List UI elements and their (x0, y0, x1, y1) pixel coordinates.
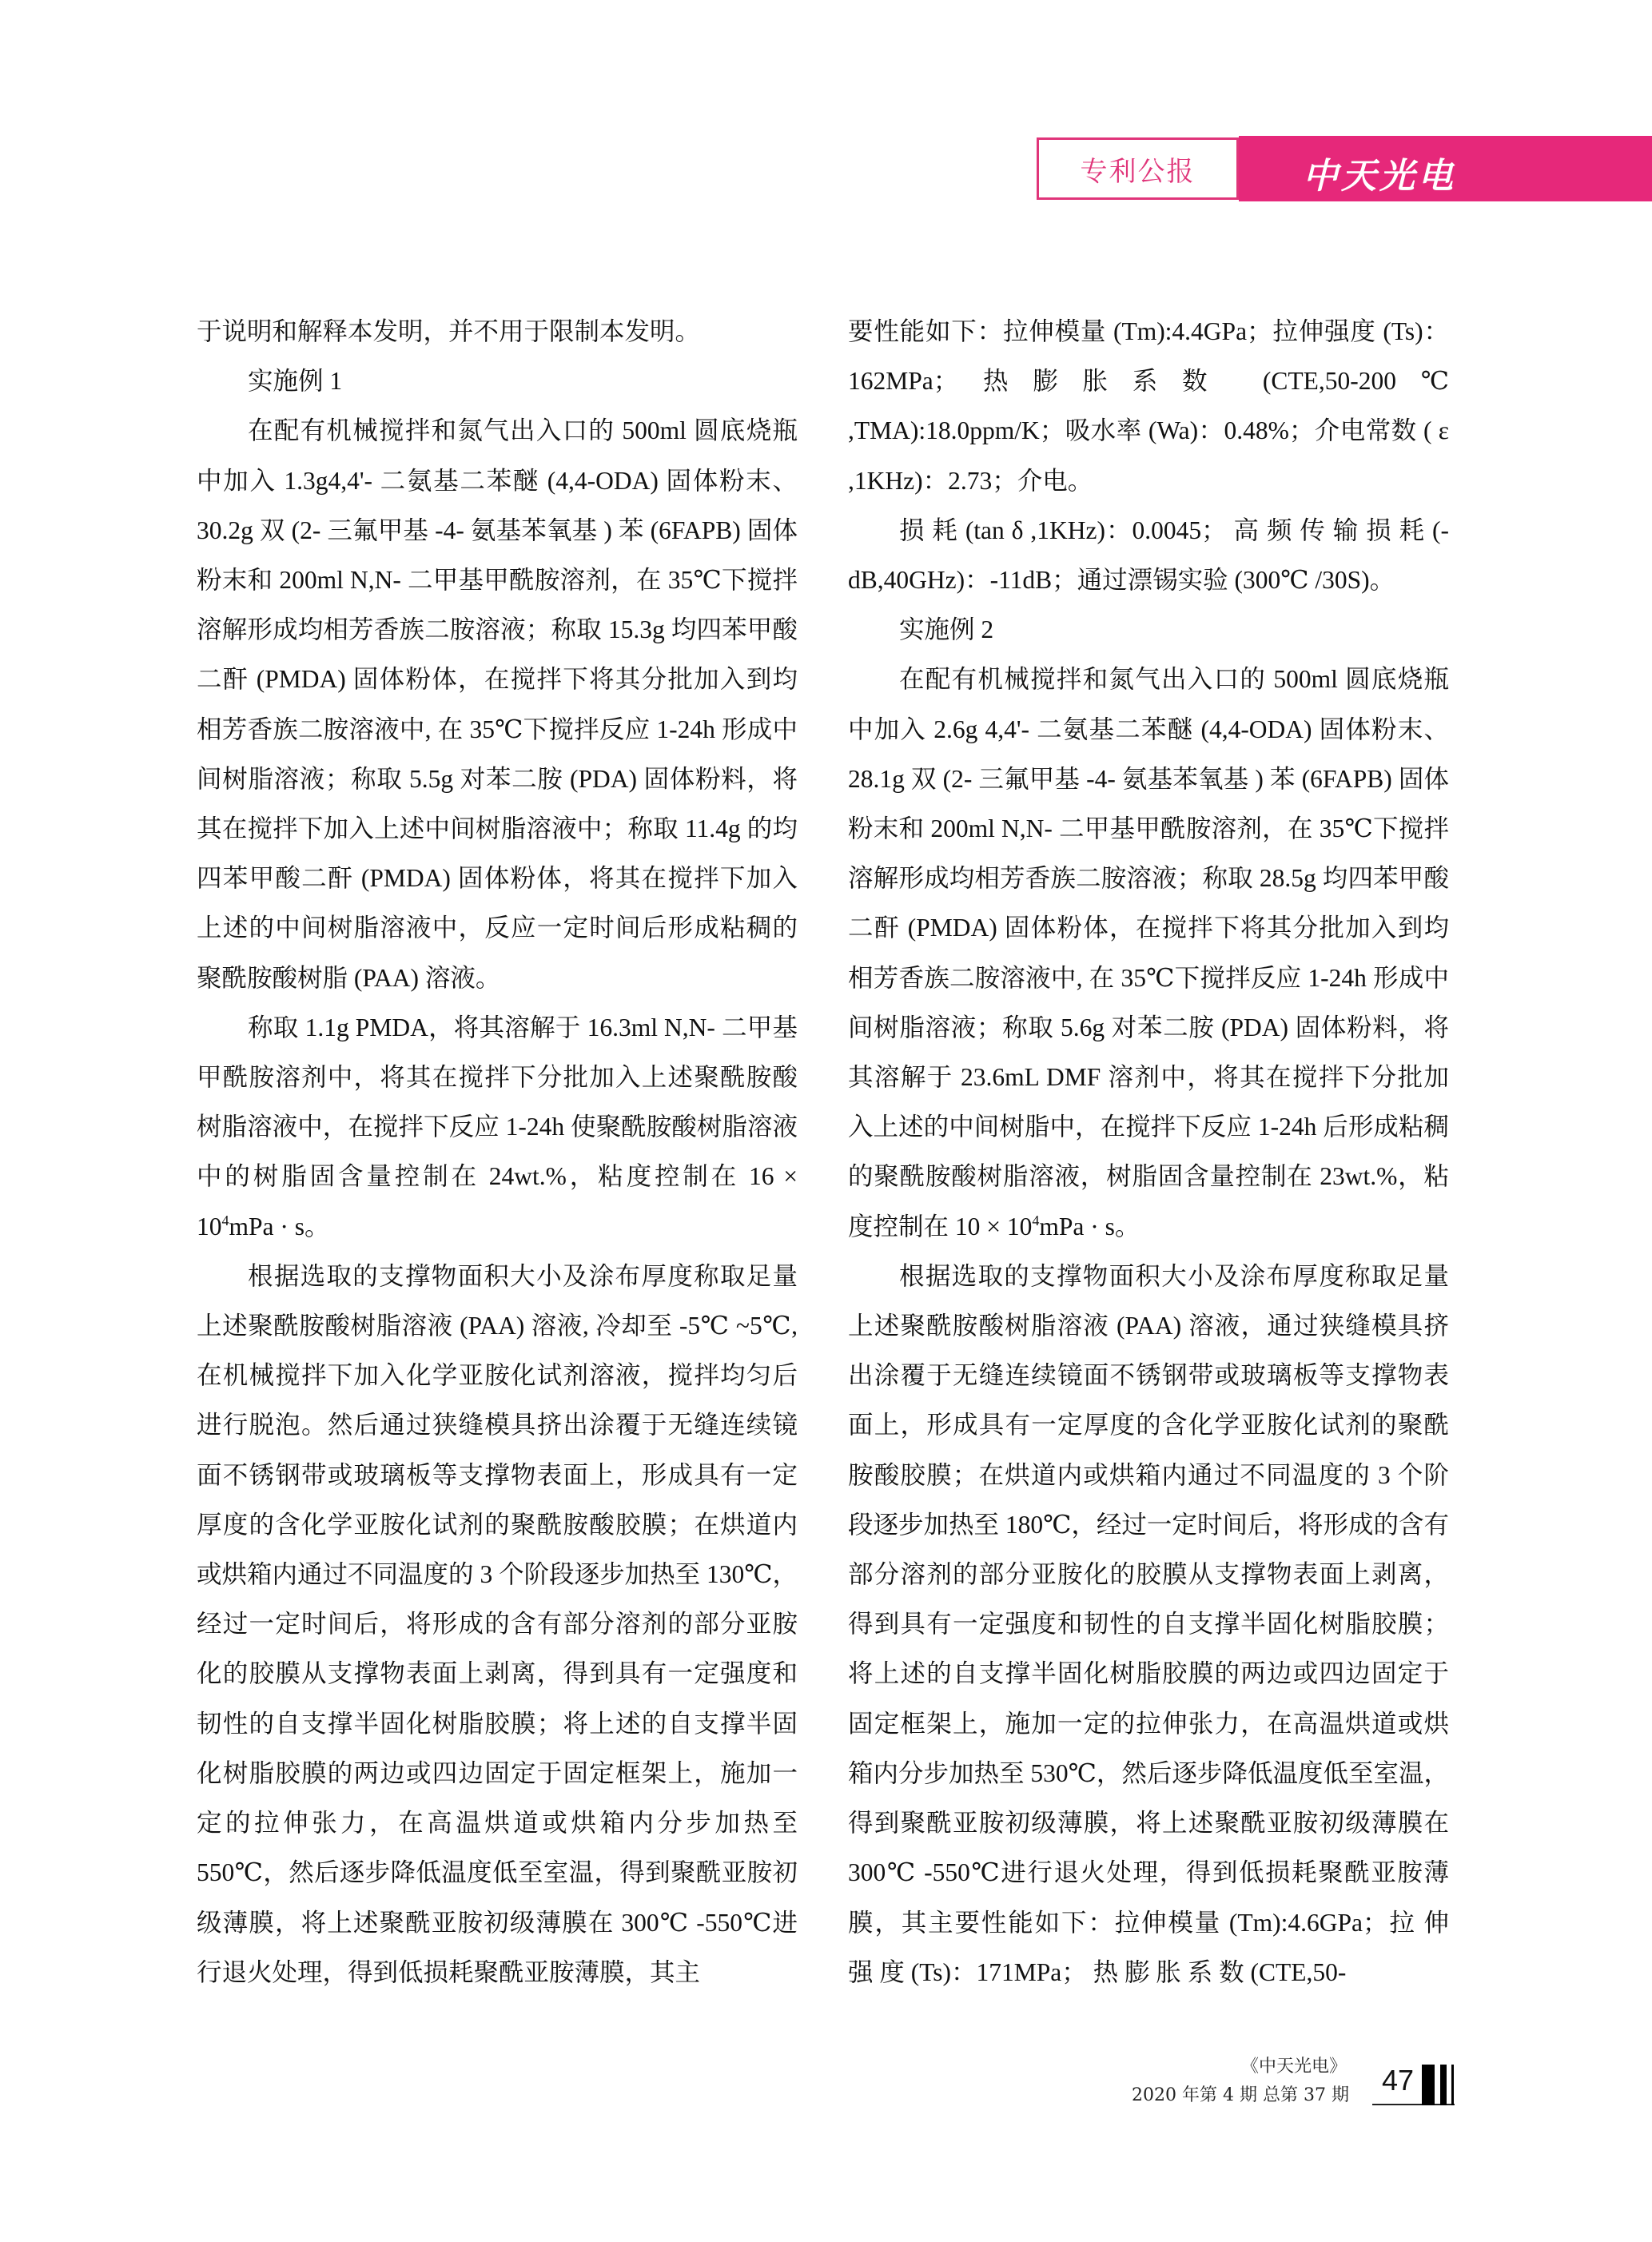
example-2-heading: 实施例 2 (848, 605, 1449, 655)
decorative-bar-icon (1440, 2065, 1447, 2105)
section-label-box: 专利公报 (1037, 137, 1239, 200)
footer-issue-info: 2020 年第 4 期 总第 37 期 (1132, 2081, 1349, 2106)
decorative-bar-icon (1422, 2065, 1435, 2105)
text: 称取 1.1g PMDA，将其溶解于 16.3ml N,N- 二甲基甲酰胺溶剂中… (197, 1013, 798, 1240)
text: mPa · s。 (1039, 1213, 1140, 1240)
right-column: 要性能如下：拉伸模量 (Tm):4.4GPa；拉伸强度 (Ts)：162MPa；… (848, 307, 1449, 1997)
decorative-bar-icon (1451, 2065, 1454, 2105)
paragraph: 损 耗 (tan δ ,1KHz)：0.0045； 高 频 传 输 损 耗 (-… (848, 506, 1449, 605)
paragraph-continuation: 要性能如下：拉伸模量 (Tm):4.4GPa；拉伸强度 (Ts)：162MPa；… (848, 307, 1449, 506)
paragraph: 根据选取的支撑物面积大小及涂布厚度称取足量上述聚酰胺酸树脂溶液 (PAA) 溶液… (848, 1252, 1449, 1997)
superscript: 4 (222, 1213, 229, 1229)
section-label: 专利公报 (1081, 149, 1196, 189)
paragraph-viscosity: 称取 1.1g PMDA，将其溶解于 16.3ml N,N- 二甲基甲酰胺溶剂中… (197, 1003, 798, 1252)
example-1-heading: 实施例 1 (197, 356, 798, 406)
journal-logo-banner: 中天光电 (1239, 136, 1652, 201)
paragraph-continuation: 于说明和解释本发明，并不用于限制本发明。 (197, 307, 798, 356)
text: mPa · s。 (229, 1213, 330, 1240)
text: 在配有机械搅拌和氮气出入口的 500ml 圆底烧瓶中加入 2.6g 4,4'- … (848, 665, 1449, 1240)
journal-logo: 中天光电 (1303, 147, 1456, 198)
left-column: 于说明和解释本发明，并不用于限制本发明。 实施例 1 在配有机械搅拌和氮气出入口… (197, 307, 798, 1997)
paragraph-viscosity: 在配有机械搅拌和氮气出入口的 500ml 圆底烧瓶中加入 2.6g 4,4'- … (848, 655, 1449, 1251)
page-number: 47 (1382, 2064, 1414, 2097)
paragraph: 在配有机械搅拌和氮气出入口的 500ml 圆底烧瓶中加入 1.3g4,4'- 二… (197, 406, 798, 1002)
paragraph: 根据选取的支撑物面积大小及涂布厚度称取足量上述聚酰胺酸树脂溶液 (PAA) 溶液… (197, 1252, 798, 1997)
footer-journal-name: 《中天光电》 (1241, 2053, 1347, 2077)
